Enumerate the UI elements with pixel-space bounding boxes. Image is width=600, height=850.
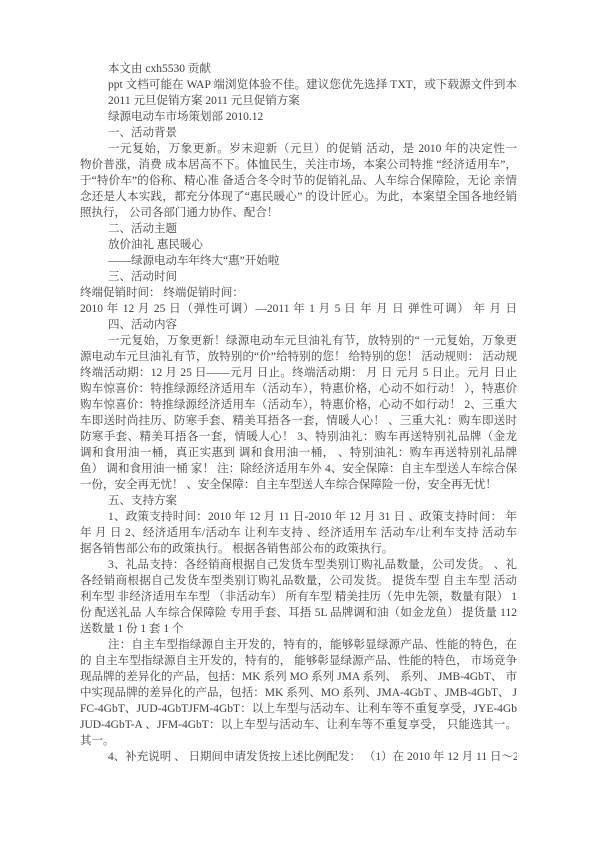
text-line: 购车惊喜价：特推绿源经济适用车（活动车），特惠价格，心动不如行动！ ），特惠价格…	[80, 381, 517, 397]
text-line: 防寒手套、精美耳捂各一套，情暖人心！ 3、特别油礼：购车再送特别礼品牌（金龙鱼）…	[80, 429, 517, 445]
text-line: 念还是人本实践，都充分体现了“惠民暖心” 的设计匠心。为此，本案望全国各地经销商…	[80, 189, 517, 205]
text-line: 物价普涨，消费 成本居高不下。体恤民生，关注市场，本案公司特推 “经济适用车”，…	[80, 157, 517, 173]
doc-title-line: 2011 元旦促销方案 2011 元旦促销方案	[80, 93, 517, 109]
text-line: 照执行， 公司各部门通力协作、配合！	[80, 205, 517, 221]
section-heading-content: 四、活动内容	[80, 317, 517, 333]
slogan-subline: ——绿源电动车年终大“惠”开始啦	[80, 253, 517, 269]
promotion-dates-line: 2010 年 12 月 25 日（弹性可调）—2011 年 1 月 5 日 年 …	[80, 301, 517, 317]
department-date-line: 绿源电动车市场策划部 2010.12	[80, 109, 517, 125]
section-heading-support: 五、支持方案	[80, 493, 517, 509]
text-line: 调和食用油一桶，真正实惠到 调和食用油一桶， 、特别油礼：购车再送特别礼品牌（金…	[80, 445, 517, 461]
section-heading-time: 三、活动时间	[80, 269, 517, 285]
section-heading-background: 一、活动背景	[80, 125, 517, 141]
text-line: 车即送时尚挂历、防寒手套、精美耳捂各一套，情暖人心！ 、三重大礼：购车即送时尚挂…	[80, 413, 517, 429]
text-line: 其一。	[80, 733, 517, 749]
text-line: 于“特价车”的俗称、精心准 备适合冬令时节的促销礼品、人车综合保障险，无论 亲情…	[80, 173, 517, 189]
text-line: 利车型 非经济适用车车型 （非活动车） 所有车型 精美挂历（先申先领，数量有限）…	[80, 589, 517, 605]
text-line: 中实现品牌的差异化的产品，包括：MK 系列、MO 系列、JMA-4GbT 、JM…	[80, 685, 517, 701]
note-line: 注：自主车型指绿源自主开发的，特有的，能够彰显绿源产品、性能的特色，在白热化	[80, 637, 517, 653]
text-line: 一份，安全再无忧！ 、安全保障：自主车型送人车综合保障险一份，安全再无忧！	[80, 477, 517, 493]
document-text-block: 本文由 cxh5530 贡献 ppt 文档可能在 WAP 端浏览体验不佳。建议您…	[80, 61, 517, 765]
supplement-line: 4、补充说明 、 日期间申请发货按上述比例配发： （1）在 2010 年 12 …	[80, 749, 517, 765]
text-line: 一元复始，万象更新！绿源电动车元旦油礼有节，放特别的“ 一元复始，万象更新！绿	[80, 333, 517, 349]
wap-notice-line: ppt 文档可能在 WAP 端浏览体验不佳。建议您优先选择 TXT，或下载源文件…	[80, 77, 517, 93]
document-page: 本文由 cxh5530 贡献 ppt 文档可能在 WAP 端浏览体验不佳。建议您…	[0, 0, 600, 850]
text-line: 各经销商根据自己发货车型类别订购礼品数量，公司发货。 提货车型 自主车型 活动车…	[80, 573, 517, 589]
contributor-line: 本文由 cxh5530 贡献	[80, 61, 517, 77]
text-line: 源电动车元旦油礼有节，放特别的“价”给特别的您！ 给特别的您！ 活动规则： 活动…	[80, 349, 517, 365]
text-line: 1、政策支持时间：2010 年 12 月 11 日-2010 年 12 月 31…	[80, 509, 517, 525]
text-line: 送数量 1 份 1 套 1 个	[80, 621, 517, 637]
text-line: FC-4GbT、JUD-4GbTJFM-4GbT：以上车型与活动车、让利车等不重…	[80, 701, 517, 717]
text-line: 的 自主车型指绿源自主开发的，特有的， 能够彰显绿源产品、性能的特色， 市场竞争…	[80, 653, 517, 669]
text-line: 年 月 日 2、经济适用车/活动车 让利车支持 、经济适用车 活动车/让利车支持…	[80, 525, 517, 541]
text-line: JUD-4GbT-A 、JFM-4GbT：以上车型与活动车、让利车等不重复享受，…	[80, 717, 517, 733]
text-line: 鱼） 调和食用油一桶 家！ 注：除经济适用车外 4、安全保障：自主车型送人车综合…	[80, 461, 517, 477]
text-line: 据各销售部公布的政策执行。 根据各销售部公布的政策执行。	[80, 541, 517, 557]
section-heading-theme: 二、活动主题	[80, 221, 517, 237]
text-line: 终端活动期：12 月 25 日——元月 日止。终端活动期： 月 日 元月 5 日…	[80, 365, 517, 381]
text-line: 现品牌的差异化的产品，包括：MK 系列 MO 系列 JMA 系列、 系列、 JM…	[80, 669, 517, 685]
text-line: 3、礼品支持：各经销商根据自己发货车型类别订购礼品数量，公司发货。 、礼品支持：	[80, 557, 517, 573]
text-line: 份 配送礼品 人车综合保障险 专用手套、耳捂 5L 品牌调和油（如金龙鱼） 提货…	[80, 605, 517, 621]
text-line: 一元复始，万象更新。岁末迎新（元旦）的促销 活动，是 2010 年的决定性一役。…	[80, 141, 517, 157]
slogan-line: 放价油礼 惠民暖心	[80, 237, 517, 253]
text-line: 终端促销时间： 终端促销时间：	[80, 285, 517, 301]
text-line: 购车惊喜价：特推绿源经济适用车（活动车），特惠价格，心动不如行动！ 2、三重大礼…	[80, 397, 517, 413]
